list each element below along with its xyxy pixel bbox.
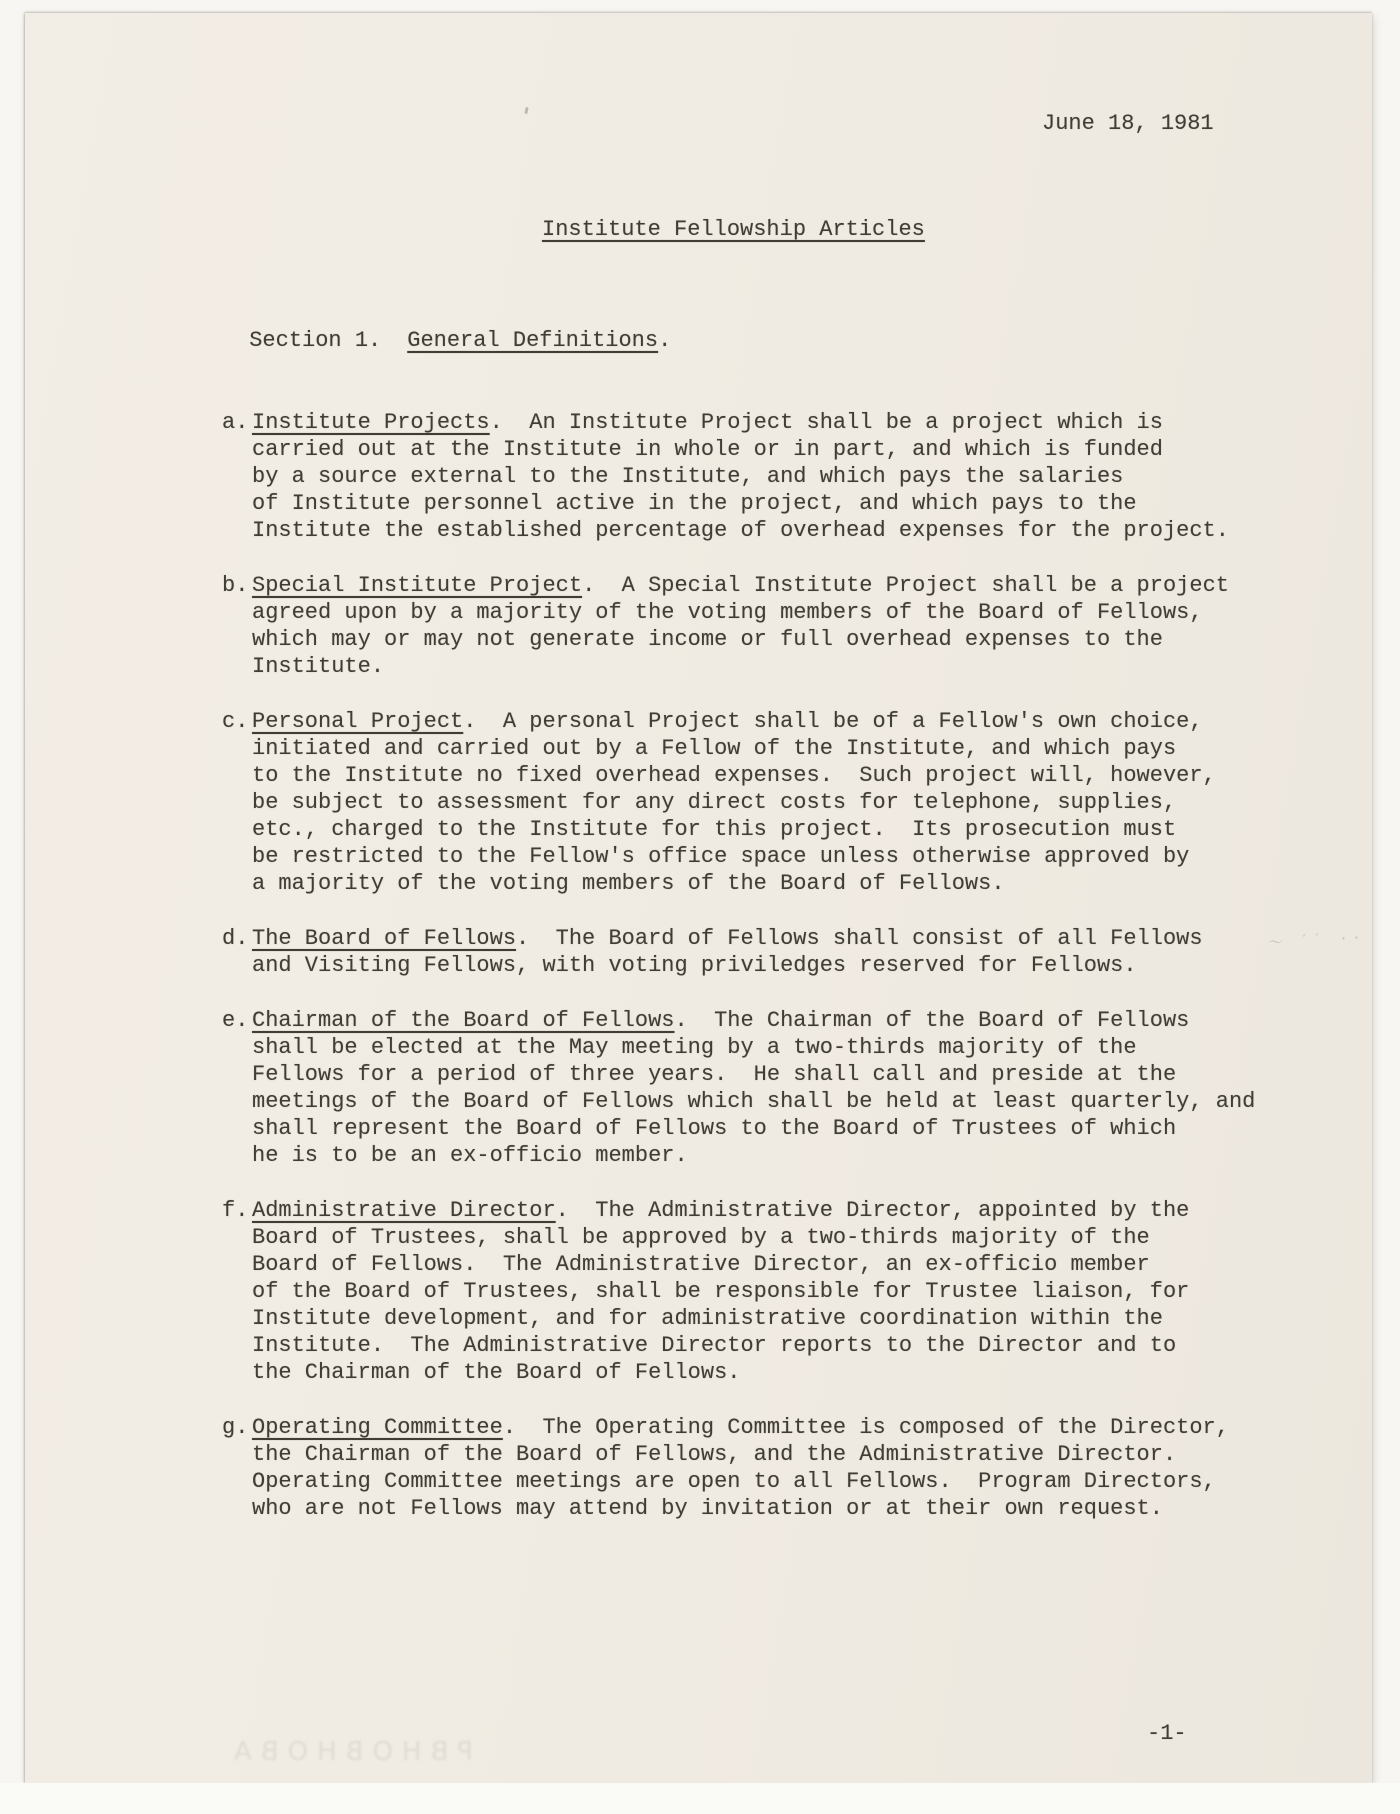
definition-rest: . The Operating Committee is composed of…	[503, 1415, 1229, 1440]
definition-line: agreed upon by a majority of the voting …	[252, 599, 1350, 626]
definition-line: Operating Committee. The Operating Commi…	[252, 1414, 1350, 1441]
definition-list: a. Institute Projects. An Institute Proj…	[170, 409, 1350, 1522]
definition-item: e. Chairman of the Board of Fellows. The…	[170, 1007, 1350, 1169]
definition-line: carried out at the Institute in whole or…	[252, 436, 1350, 463]
scan-background-strip	[0, 1783, 1400, 1814]
paper-speck	[524, 107, 528, 114]
definition-line: be subject to assessment for any direct …	[252, 789, 1350, 816]
definition-text: The Board of Fellows. The Board of Fello…	[252, 925, 1350, 979]
definition-line: Personal Project. A personal Project sha…	[252, 708, 1350, 735]
definition-line: initiated and carried out by a Fellow of…	[252, 735, 1350, 762]
definition-letter: a.	[170, 409, 252, 544]
definition-rest: . A personal Project shall be of a Fello…	[463, 709, 1202, 734]
definition-line: shall represent the Board of Fellows to …	[252, 1115, 1350, 1142]
definition-line: which may or may not generate income or …	[252, 626, 1350, 653]
definition-line: etc., charged to the Institute for this …	[252, 816, 1350, 843]
definition-rest: . An Institute Project shall be a projec…	[490, 410, 1163, 435]
definition-line: Operating Committee meetings are open to…	[252, 1468, 1350, 1495]
definition-line: Board of Trustees, shall be approved by …	[252, 1224, 1350, 1251]
definition-line: by a source external to the Institute, a…	[252, 463, 1350, 490]
definition-line: he is to be an ex-officio member.	[252, 1142, 1350, 1169]
definition-letter: e.	[170, 1007, 252, 1169]
definition-line: Institute the established percentage of …	[252, 517, 1350, 544]
definition-rest: . The Administrative Director, appointed…	[556, 1198, 1190, 1223]
definition-term: The Board of Fellows	[252, 926, 516, 951]
definition-line: of the Board of Trustees, shall be respo…	[252, 1278, 1350, 1305]
definition-line: who are not Fellows may attend by invita…	[252, 1495, 1350, 1522]
definition-item: g. Operating Committee. The Operating Co…	[170, 1414, 1350, 1522]
definition-letter: f.	[170, 1197, 252, 1386]
definition-rest: . The Chairman of the Board of Fellows	[674, 1008, 1189, 1033]
definition-text: Personal Project. A personal Project sha…	[252, 708, 1350, 897]
definition-text: Special Institute Project. A Special Ins…	[252, 572, 1350, 680]
document-date: June 18, 1981	[1042, 110, 1214, 137]
document-body: Section 1.General Definitions. a. Instit…	[170, 300, 1350, 1522]
definition-item: d. The Board of Fellows. The Board of Fe…	[170, 925, 1350, 979]
definition-term: Personal Project	[252, 709, 463, 734]
definition-text: Administrative Director. The Administrat…	[252, 1197, 1350, 1386]
definition-text: Institute Projects. An Institute Project…	[252, 409, 1350, 544]
definition-line: a majority of the voting members of the …	[252, 870, 1350, 897]
definition-line: The Board of Fellows. The Board of Fello…	[252, 925, 1350, 952]
definition-line: Institute. The Administrative Director r…	[252, 1332, 1350, 1359]
definition-line: Administrative Director. The Administrat…	[252, 1197, 1350, 1224]
definition-letter: g.	[170, 1414, 252, 1522]
definition-term: Special Institute Project	[252, 573, 582, 598]
section-title-period: .	[658, 328, 671, 353]
section-label: Section 1.	[249, 328, 381, 353]
document-title: Institute Fellowship Articles	[542, 216, 925, 243]
definition-letter: c.	[170, 708, 252, 897]
definition-line: be restricted to the Fellow's office spa…	[252, 843, 1350, 870]
definition-line: the Chairman of the Board of Fellows.	[252, 1359, 1350, 1386]
definition-rest: . A Special Institute Project shall be a…	[582, 573, 1229, 598]
definition-line: Institute development, and for administr…	[252, 1305, 1350, 1332]
bleed-through-stamp: PBHOBHOBA	[225, 1739, 473, 1766]
definition-item: b. Special Institute Project. A Special …	[170, 572, 1350, 680]
page-number: -1-	[1147, 1720, 1187, 1747]
definition-line: Special Institute Project. A Special Ins…	[252, 572, 1350, 599]
definition-line: shall be elected at the May meeting by a…	[252, 1034, 1350, 1061]
definition-letter: b.	[170, 572, 252, 680]
definition-line: meetings of the Board of Fellows which s…	[252, 1088, 1350, 1115]
definition-term: Institute Projects	[252, 410, 490, 435]
definition-rest: . The Board of Fellows shall consist of …	[516, 926, 1203, 951]
definition-line: of Institute personnel active in the pro…	[252, 490, 1350, 517]
definition-text: Chairman of the Board of Fellows. The Ch…	[252, 1007, 1350, 1169]
definition-term: Chairman of the Board of Fellows	[252, 1008, 674, 1033]
definition-line: the Chairman of the Board of Fellows, an…	[252, 1441, 1350, 1468]
definition-line: and Visiting Fellows, with voting privil…	[252, 952, 1350, 979]
definition-term: Operating Committee	[252, 1415, 503, 1440]
definition-line: Fellows for a period of three years. He …	[252, 1061, 1350, 1088]
definition-text: Operating Committee. The Operating Commi…	[252, 1414, 1350, 1522]
definition-term: Administrative Director	[252, 1198, 556, 1223]
definition-letter: d.	[170, 925, 252, 979]
section-heading: Section 1.General Definitions.	[170, 300, 1350, 381]
definition-item: f. Administrative Director. The Administ…	[170, 1197, 1350, 1386]
paper-sheet: June 18, 1981 Institute Fellowship Artic…	[25, 13, 1372, 1783]
definition-item: c. Personal Project. A personal Project …	[170, 708, 1350, 897]
definition-line: Board of Fellows. The Administrative Dir…	[252, 1251, 1350, 1278]
section-title: General Definitions	[407, 328, 658, 353]
scanned-document-screenshot: { "document": { "date": "June 18, 1981",…	[0, 0, 1400, 1814]
definition-line: Chairman of the Board of Fellows. The Ch…	[252, 1007, 1350, 1034]
definition-line: to the Institute no fixed overhead expen…	[252, 762, 1350, 789]
definition-line: Institute.	[252, 653, 1350, 680]
definition-line: Institute Projects. An Institute Project…	[252, 409, 1350, 436]
definition-item: a. Institute Projects. An Institute Proj…	[170, 409, 1350, 544]
